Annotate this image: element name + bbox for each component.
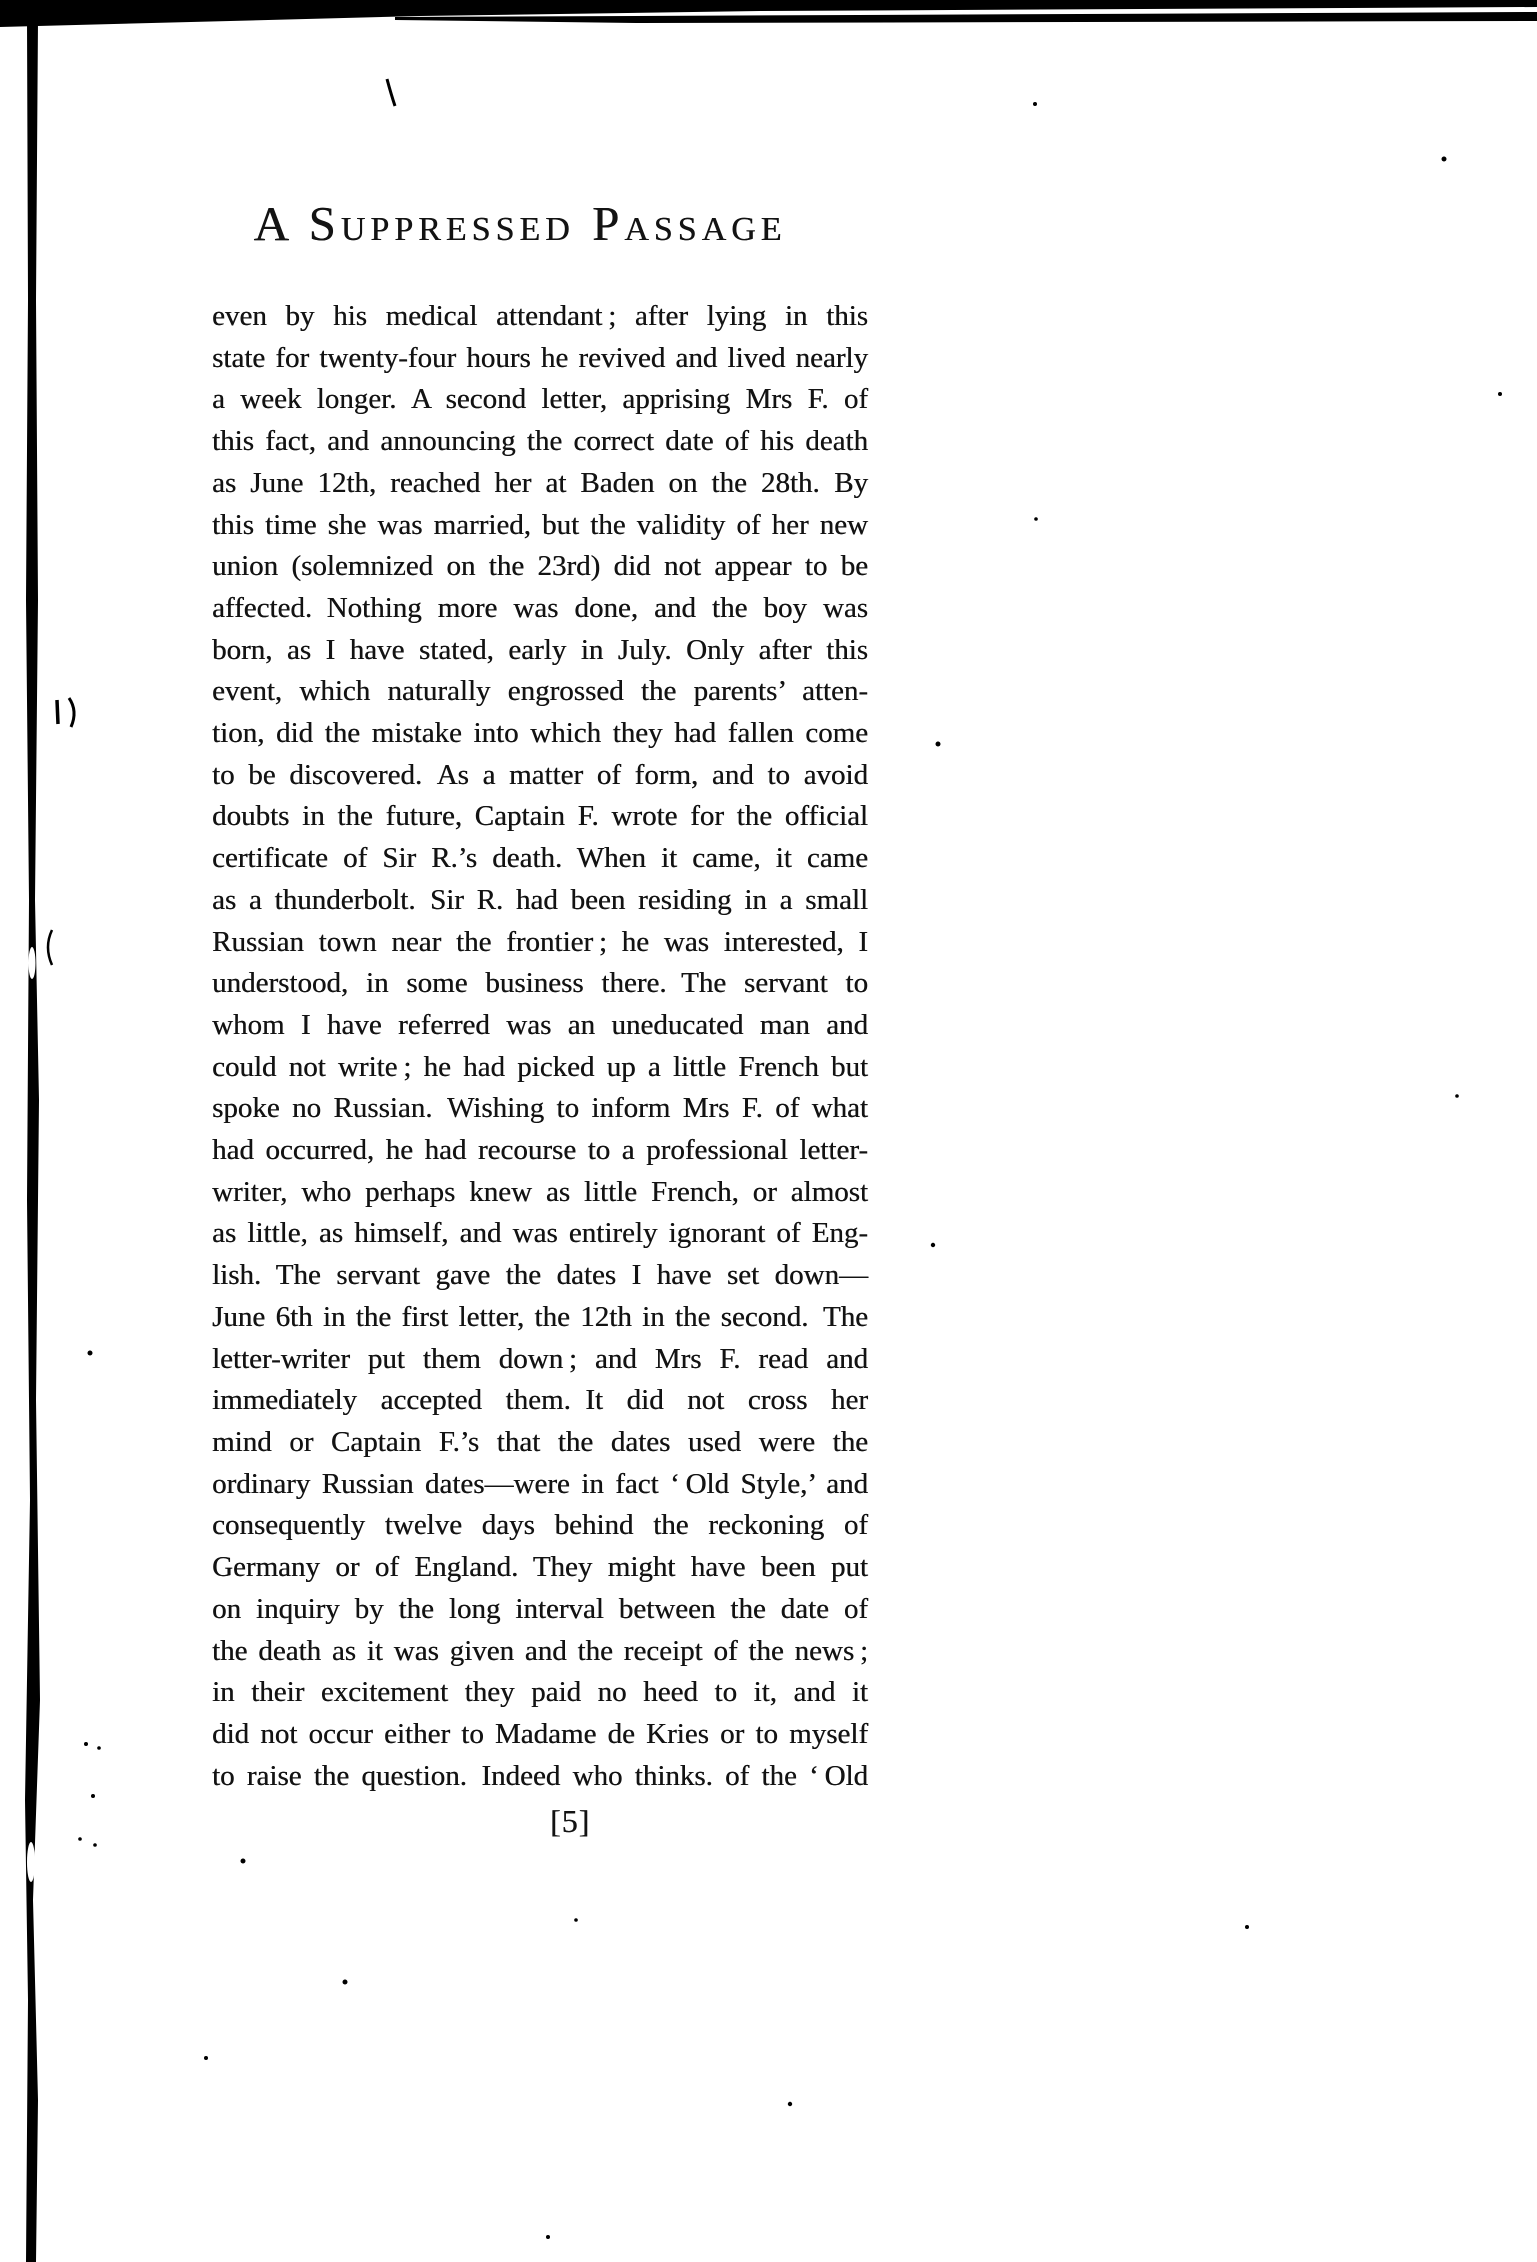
page-title: A Suppressed Passage xyxy=(192,196,848,252)
body-text-line: did not occur either to Madame de Kries … xyxy=(212,1714,868,1756)
body-text-line: as June 12th, reached her at Baden on th… xyxy=(212,463,868,505)
body-text-line: on inquiry by the long interval between … xyxy=(212,1589,868,1631)
body-text-line: writer, who perhaps knew as little Frenc… xyxy=(212,1172,868,1214)
body-text-line: union (solemnized on the 23rd) did not a… xyxy=(212,546,868,588)
body-text-line: to raise the question. Indeed who thinks… xyxy=(212,1756,868,1798)
body-text-line: ordinary Russian dates—were in fact ‘ Ol… xyxy=(212,1464,868,1506)
body-text-line: June 6th in the first letter, the 12th i… xyxy=(212,1297,868,1339)
body-text-line: this fact, and announcing the correct da… xyxy=(212,421,868,463)
body-text-line: mind or Captain F.’s that the dates used… xyxy=(212,1422,868,1464)
page-number: [5] xyxy=(550,1803,868,1840)
body-text-line: whom I have referred was an uneducated m… xyxy=(212,1005,868,1047)
body-text-line: this time she was married, but the valid… xyxy=(212,505,868,547)
text-block: A Suppressed Passage even by his medical… xyxy=(212,196,868,1840)
body-text-line: doubts in the future, Captain F. wrote f… xyxy=(212,796,868,838)
body-text-line: immediately accepted them. It did not cr… xyxy=(212,1380,868,1422)
body-text-line: had occurred, he had recourse to a profe… xyxy=(212,1130,868,1172)
body-text-line: affected. Nothing more was done, and the… xyxy=(212,588,868,630)
body-text-line: state for twenty-four hours he revived a… xyxy=(212,338,868,380)
body-text-line: lish. The servant gave the dates I have … xyxy=(212,1255,868,1297)
body-text-line: certificate of Sir R.’s death. When it c… xyxy=(212,838,868,880)
body-text-line: event, which naturally engrossed the par… xyxy=(212,671,868,713)
body-text-line: in their excitement they paid no heed to… xyxy=(212,1672,868,1714)
scan-top-bar xyxy=(0,0,1537,27)
body-text-line: consequently twelve days behind the reck… xyxy=(212,1505,868,1547)
body-text-line: could not write ; he had picked up a lit… xyxy=(212,1047,868,1089)
body-text-line: spoke no Russian. Wishing to inform Mrs … xyxy=(212,1088,868,1130)
body-text-line: Russian town near the frontier ; he was … xyxy=(212,922,868,964)
body-text-line: the death as it was given and the receip… xyxy=(212,1631,868,1673)
scan-gutter-line xyxy=(25,20,40,2262)
body-text-line: as little, as himself, and was entirely … xyxy=(212,1213,868,1255)
body-text-line: letter-writer put them down ; and Mrs F.… xyxy=(212,1339,868,1381)
body-text-line: tion, did the mistake into which they ha… xyxy=(212,713,868,755)
body-text-line: even by his medical attendant ; after ly… xyxy=(212,296,868,338)
body-text-line: as a thunderbolt. Sir R. had been residi… xyxy=(212,880,868,922)
body-text: even by his medical attendant ; after ly… xyxy=(212,296,868,1797)
body-text-line: to be discovered. As a matter of form, a… xyxy=(212,755,868,797)
body-text-line: understood, in some business there. The … xyxy=(212,963,868,1005)
book-page-scan: A Suppressed Passage even by his medical… xyxy=(0,0,1537,2262)
body-text-line: Germany or of England. They might have b… xyxy=(212,1547,868,1589)
body-text-line: a week longer. A second letter, apprisin… xyxy=(212,379,868,421)
body-text-line: born, as I have stated, early in July. O… xyxy=(212,630,868,672)
